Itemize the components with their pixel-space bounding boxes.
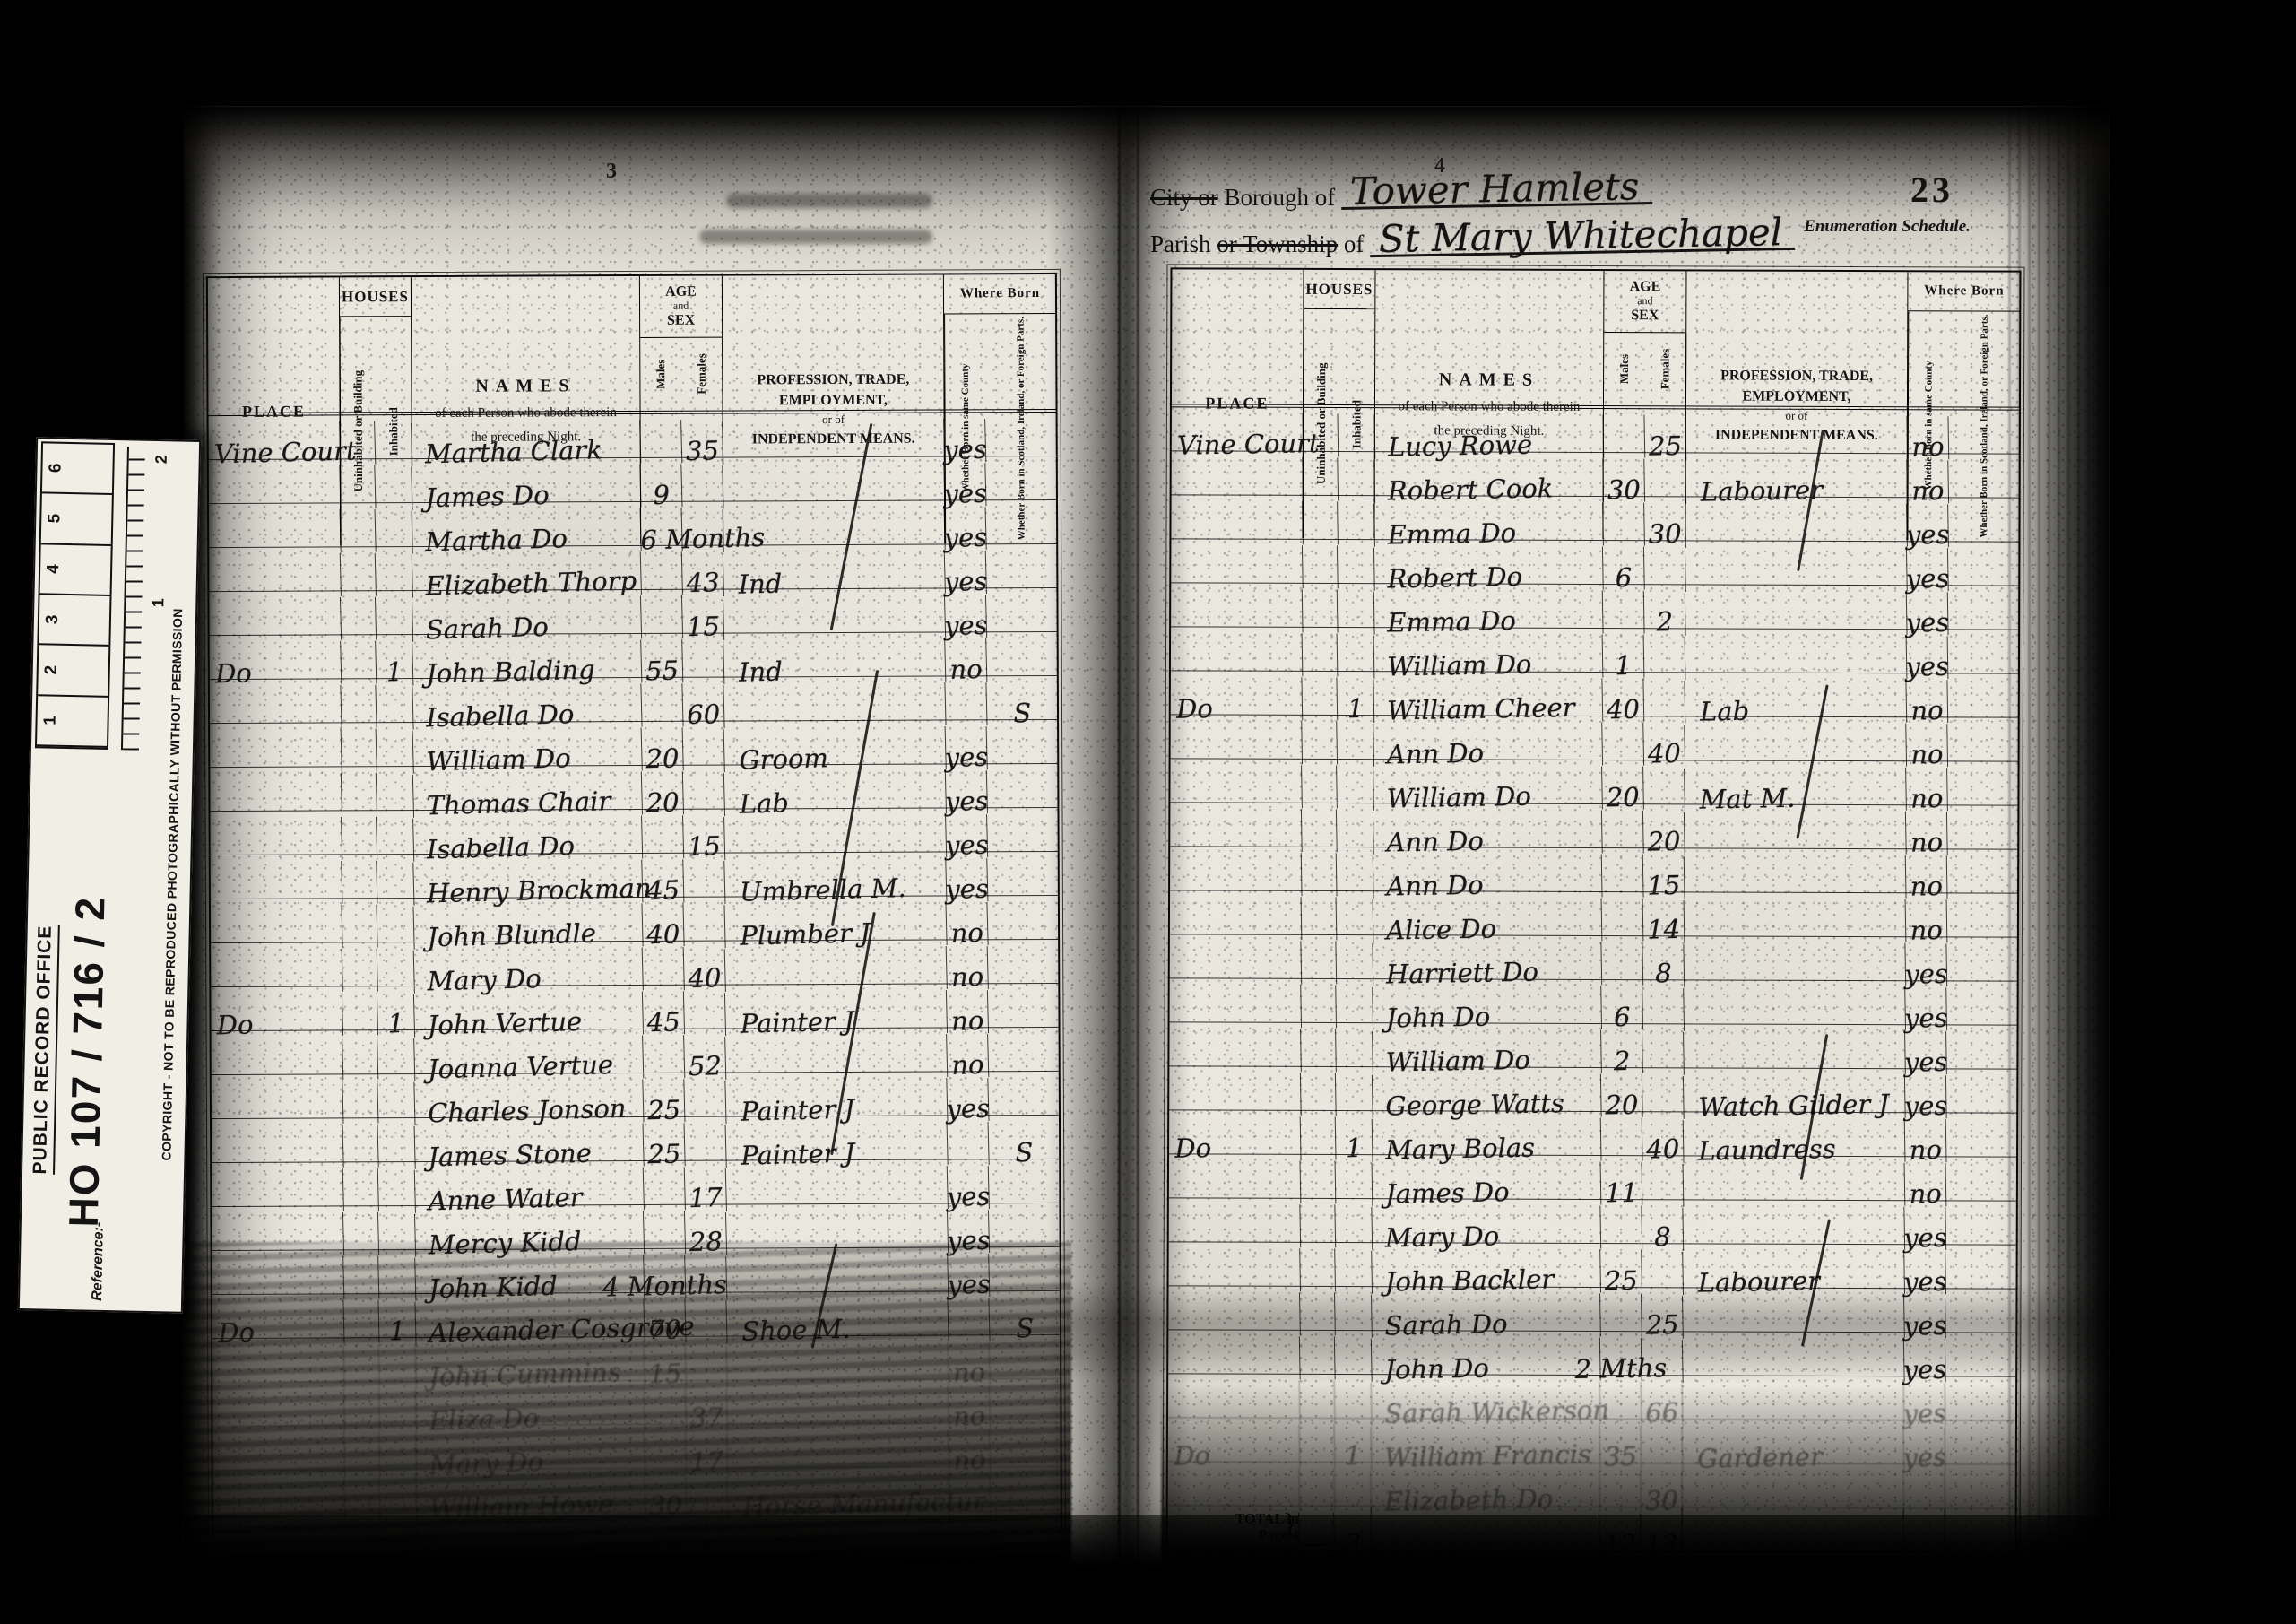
cell-name: James Stone [414,1120,644,1168]
cell-age-male [1601,810,1643,854]
age-line1: AGE [665,283,697,300]
schedule-number: 23 [1883,169,1981,211]
census-row: Ann Do 15 no [1170,847,2017,893]
cell-age-male [1601,898,1643,942]
age-line2: and [673,300,689,313]
cell-born-county: no [944,638,986,682]
cell-name: Ann Do [1373,851,1602,898]
cell-uninhabited [343,1475,379,1519]
cell-born-county: yes [1904,1030,1946,1074]
cell-age-female [684,1254,726,1298]
ruler-cm-number: 5 [41,494,112,546]
cell-born-other [1947,503,2019,547]
census-row: Charles Jonson 25 Painter J yes [212,1072,1059,1119]
cell-born-county [944,682,986,725]
cell-profession: Lab [723,768,946,816]
cell-born-other [986,856,1058,901]
cell-age-female [682,770,724,814]
col-females: Females [681,338,723,411]
cell-place: Do [209,639,341,686]
cell-age-female: 14 [1642,898,1685,942]
cell-place [1171,631,1303,677]
census-row: John Cummins 15 no [212,1335,1060,1383]
cell-profession [722,460,944,508]
cell-profession [1682,1292,1904,1339]
cell-born-other [986,812,1058,857]
cell-name: William Do [412,725,642,773]
cell-uninhabited [1299,1204,1335,1248]
census-row: Henry Brockman 45 Umbrella M. yes [211,852,1058,899]
cell-profession: Labourer [1682,1248,1904,1295]
cell-name: Martha Do [412,505,641,553]
ruler-cm-number: 6 [42,443,113,495]
cell-place [1169,939,1301,985]
cell-profession [723,680,945,728]
table-body-right: Vine Court Lucy Rowe 25 no Robert Cook [1168,407,2019,1508]
cell-profession [1684,721,1906,768]
cell-age-female: 17 [684,1166,726,1210]
census-row: Isabella Do 60 S [210,676,1057,724]
cell-age-female [1642,766,1685,810]
cell-inhabited [1335,1160,1373,1204]
cell-age-female: 52 [683,1034,725,1078]
census-row: Anne Water 17 yes [212,1159,1059,1207]
col-houses: HOUSES [1304,270,1374,309]
census-row: Do 1 Alexander Cosgrove 70 Shoe M. S [212,1291,1060,1339]
cell-profession [1683,985,1905,1031]
cell-inhabited [1336,765,1373,809]
cell-name: John Backler [1371,1246,1600,1293]
cell-name: William Do [1373,631,1603,678]
cell-inhabited [1334,1336,1372,1380]
cell-place [212,1255,343,1301]
cell-born-county [947,1121,989,1165]
cell-age-male: 70 [643,1298,685,1342]
cell-inhabited [377,1211,415,1255]
cell-age-female [1642,1029,1684,1073]
cell-profession [723,504,945,552]
cell-place [209,595,341,642]
cell-profession [1684,897,1906,943]
cell-uninhabited [342,1124,378,1168]
cell-born-other [989,1472,1061,1516]
cell-name: John Blundle [412,900,642,949]
cell-born-county: no [1905,679,1947,723]
census-row: Ann Do 20 no [1170,803,2017,849]
cell-profession [725,1207,948,1255]
cell-profession [1683,1029,1905,1075]
cell-inhabited [1334,1292,1372,1336]
cell-born-other: S [985,681,1057,725]
cell-name: Robert Do [1373,543,1603,590]
cell-inhabited [374,421,412,465]
cell-uninhabited [342,1211,378,1255]
cell-place [1169,1071,1301,1116]
cell-inhabited [1335,985,1373,1029]
cell-age-female [1641,1249,1683,1293]
cell-born-other [1946,855,2018,899]
parish-line: Parish or Township of St Mary Whitechape… [1150,226,1796,258]
cell-uninhabited [341,904,377,948]
census-row: James Stone 25 Painter J S [212,1116,1059,1163]
cell-inhabited [378,1431,416,1475]
census-row: Martha Do 6 Months yes [209,500,1056,548]
cell-born-county: yes [945,725,987,769]
cell-age-female [1642,1073,1684,1117]
census-row: George Watts 20 Watch Gilder J yes [1169,1066,2016,1113]
cell-age-male: 4 Months [643,1254,685,1298]
cell-uninhabited [1301,677,1337,721]
cell-profession [723,592,945,640]
or-township-struck: or Township [1217,230,1338,257]
cell-age-female [1641,1337,1683,1381]
cell-born-county: yes [1906,635,1948,679]
cell-inhabited [375,508,412,552]
cell-place [1168,1290,1300,1336]
census-row: William Do 20 Mat M. no [1170,759,2017,805]
age-line3: SEX [1631,308,1659,324]
cell-age-male [644,1429,686,1473]
cell-inhabited: 1 [375,640,412,684]
cell-age-male [643,1210,685,1254]
cell-age-male [643,1166,685,1210]
col-males: Males [1604,333,1645,405]
cell-age-female: 2 [1643,590,1685,634]
cell-age-male: 2 Mths [1599,1337,1642,1381]
cell-profession: Laundress [1683,1116,1905,1163]
cell-age-female: 6 Months [681,507,723,551]
cell-born-county: yes [1903,1294,1945,1338]
total-females: 4 [685,1517,727,1561]
cell-age-male: 25 [642,1078,684,1122]
cell-age-female: 37 [685,1385,727,1429]
cell-profession [1685,545,1907,592]
cell-uninhabited [342,1299,378,1343]
cell-born-county: yes [1906,591,1948,635]
cell-age-male: 1 [1602,634,1644,678]
cell-age-female: 30 [1640,1469,1682,1513]
age-line1: AGE [1630,279,1661,296]
cell-place [1167,1466,1299,1512]
census-row: Thomas Chair 20 Lab yes [210,764,1057,812]
census-row: Harriett Do 8 yes [1170,934,2017,981]
cell-age-male [640,682,682,726]
ruler-cm-number: 3 [39,595,109,647]
cell-name: Alice Do [1373,895,1602,942]
cell-place: Vine Court [1171,412,1303,457]
cell-born-county: yes [1902,1426,1945,1470]
cell-inhabited [1336,853,1373,897]
census-row: Sarah Wickerson 66 yes [1168,1374,2015,1420]
cell-age-female [682,902,724,946]
cell-age-male: 2 [1600,1029,1642,1073]
census-row: John Blundle 40 Plumber J no [211,896,1058,943]
cell-age-male: 20 [1600,1073,1642,1117]
cell-uninhabited [1299,1248,1335,1292]
cell-inhabited [1333,1468,1371,1512]
cell-profession [1682,1204,1904,1251]
cell-uninhabited [1300,985,1336,1029]
cell-born-county: no [1905,811,1947,855]
cell-age-female: 20 [1642,810,1685,854]
cell-uninhabited [341,728,377,772]
cell-age-male [1600,942,1642,986]
total-females: 13 [1640,1513,1682,1557]
census-row: Emma Do 30 yes [1171,495,2018,542]
cell-born-other [987,1076,1059,1121]
cell-uninhabited [1301,897,1337,941]
cell-inhabited [1337,501,1374,545]
cell-age-female [1643,458,1685,502]
cell-name: Emma Do [1373,499,1603,546]
cell-profession [1683,1160,1905,1207]
cell-born-county: no [1905,767,1947,811]
ruler: 123456 1 2 [35,443,195,751]
cell-born-other [985,637,1057,682]
left-page-number: 3 [606,160,617,184]
ruler-inch-number: 1 [149,598,168,607]
names-title: NAMES [1439,369,1539,390]
cell-profession: Groom [723,724,946,772]
cell-uninhabited [1302,633,1338,677]
cell-age-female [1643,634,1685,678]
cell-uninhabited [341,772,377,816]
cell-profession [1683,941,1905,987]
cell-born-county: yes [1903,1338,1945,1382]
cell-inhabited [1337,545,1374,589]
cell-inhabited [1336,897,1373,941]
cell-born-other [1947,591,2019,635]
census-row: Ann Do 40 no [1171,715,2018,761]
cell-born-county: yes [945,769,987,813]
census-row: Sarah Do 15 yes [209,588,1056,636]
cell-born-county: yes [1904,1074,1946,1118]
cell-name: Mary Do [1371,1203,1600,1249]
cell-born-other [987,1032,1059,1077]
left-total-row: 10 4 [213,1511,1061,1558]
cell-age-female: 15 [681,595,723,638]
cell-age-male [1601,722,1643,766]
cell-name: Emma Do [1373,587,1603,634]
cell-age-female: 43 [681,551,723,595]
cell-name: Mary Do [413,944,643,993]
cell-age-female: 25 [1643,414,1685,458]
census-row: Do 1 John Balding 55 Ind no [210,632,1057,680]
col-males: Males [640,338,681,411]
cell-age-male: 30 [1602,458,1644,502]
cell-place: Do [1170,675,1302,721]
cell-born-county: yes [1903,1382,1945,1426]
cell-born-other [985,593,1057,638]
prof-line2: EMPLOYMENT, [779,392,888,410]
cell-uninhabited [340,684,376,728]
census-row: Robert Do 6 yes [1171,539,2018,586]
cell-age-male: 25 [643,1122,685,1166]
cell-profession: Lab [1684,677,1906,724]
cell-place [1169,1159,1301,1204]
census-row: Sarah Do 25 yes [1168,1286,2015,1333]
cell-age-female [685,1342,727,1385]
census-row: Elizabeth Thorp 43 Ind yes [209,544,1056,592]
cell-place [1171,587,1303,633]
cell-age-male: 35 [1599,1425,1641,1469]
census-scan-spread: 3 4 23 Enumeration Schedule. City or Bor… [0,0,2296,1624]
cell-born-county: yes [943,462,985,506]
cell-age-male: 6 [1600,986,1642,1029]
census-row: Joanna Vertue 52 no [212,1028,1059,1075]
cell-uninhabited [342,948,377,992]
census-row: James Do 11 no [1169,1154,2016,1201]
cell-age-male: 30 [644,1473,686,1517]
cell-profession [724,943,947,992]
census-row: William Do 1 yes [1171,627,2018,673]
cell-profession: Mat M. [1684,765,1906,812]
cell-born-other [1947,635,2019,679]
cell-born-county: yes [944,594,986,638]
cell-place [1168,1334,1300,1380]
cell-age-female: 66 [1641,1381,1683,1425]
cell-age-female [684,1298,726,1342]
col-houses: HOUSES [340,277,411,317]
cell-place [1171,543,1303,589]
cell-uninhabited [1302,457,1338,501]
prof-line2: EMPLOYMENT, [1742,388,1850,406]
ruler-cm-number: 2 [38,646,108,698]
cell-inhabited [377,1124,415,1168]
cell-age-male [1599,1205,1642,1249]
cell-inhabited [377,948,414,992]
cell-name: John Vertue [413,988,643,1037]
cell-name: Robert Cook [1373,456,1603,502]
census-row: William Howe 30 Horse Manufactur [213,1467,1061,1515]
cell-born-county: no [946,989,988,1033]
cell-profession: Umbrella M. [723,855,946,904]
cell-uninhabited [340,596,376,640]
cell-inhabited [377,1255,415,1299]
cell-age-male [642,1034,684,1078]
census-row: Elizabeth Do 30 [1168,1462,2015,1508]
cell-age-male [642,946,684,990]
cell-profession [724,1031,947,1080]
cell-age-male: 15 [644,1342,686,1385]
cell-age-male: 20 [641,770,683,814]
cell-uninhabited [1302,501,1338,545]
of-label: of [1344,230,1365,257]
cell-age-male: 9 [639,463,681,507]
census-row: John Kidd 4 Months yes [212,1247,1060,1295]
cell-born-other [1944,1470,2015,1514]
age-line3: SEX [667,313,695,330]
cell-age-male: 20 [1601,766,1643,810]
cell-place [1169,1027,1301,1073]
cell-age-female: 40 [683,946,725,990]
cell-born-other [985,505,1057,550]
cell-name: William Cheer [1373,675,1602,722]
cell-profession: Painter J [724,987,947,1036]
cell-born-other [1947,415,2019,459]
cell-born-other: S [988,1296,1060,1341]
cell-uninhabited [1302,545,1338,589]
cell-uninhabited [1299,1380,1335,1424]
cell-born-county: yes [945,857,987,901]
cell-age-male: 55 [640,638,682,682]
cell-inhabited [376,772,413,816]
cell-inhabited [375,552,412,596]
ruler-inch-scale: 1 2 [121,447,194,751]
ruler-inch-number: 2 [152,455,171,464]
cell-born-other [987,988,1059,1033]
cell-age-male [1600,1117,1642,1161]
cell-age-female [681,638,723,682]
cell-born-other [1945,1206,2016,1250]
cell-profession: Painter J [724,1075,947,1124]
cell-place [1170,719,1302,765]
cell-born-county: no [1906,459,1948,503]
ruler-cm-number: 4 [40,544,111,596]
cell-born-county: no [1905,723,1947,767]
cell-uninhabited [1302,413,1338,457]
census-row: Mercy Kidd 28 yes [212,1203,1059,1251]
cell-born-county: yes [947,1209,989,1253]
cell-inhabited [374,465,412,508]
cell-uninhabited [342,1036,377,1080]
cell-uninhabited [1300,1160,1336,1204]
cell-place [1171,456,1303,501]
cell-age-female [682,858,724,902]
cell-born-other [1945,1074,2017,1118]
cell-age-male: 40 [1601,678,1643,722]
cell-name: Ann Do [1373,807,1602,854]
cell-inhabited [1335,941,1373,985]
cell-age-female: 40 [1642,1117,1684,1161]
cell-place [212,1167,343,1213]
census-table-left: PLACE HOUSES Uninhabited or Building Inh… [206,273,1062,1559]
cell-uninhabited [1299,1336,1335,1380]
cell-name: James Do [411,461,640,509]
cell-born-county: no [1904,1118,1946,1162]
cell-inhabited [375,684,412,728]
cell-inhabited [377,1036,414,1080]
cell-place [1171,499,1303,545]
cell-place [209,508,341,554]
cell-age-male [644,1385,686,1429]
cell-age-male: 25 [1599,1249,1642,1293]
cell-place [209,683,341,730]
cell-name: Lucy Rowe [1373,412,1603,458]
cell-born-other [1945,1294,2016,1338]
pro-office-title: PUBLIC RECORD OFFICE [30,925,60,1174]
cell-born-other [984,461,1056,506]
cell-age-female [682,726,724,770]
cell-uninhabited [1299,1292,1335,1336]
cell-name: Elizabeth Thorp [412,549,641,597]
census-row: Robert Cook 30 Labourer no [1172,451,2019,498]
census-row: John Do 2 Mths yes [1168,1330,2015,1376]
cell-uninhabited [342,992,377,1036]
cell-uninhabited [1301,765,1337,809]
right-total-row: TOTAL in Page 4 } — 3 12 13 [1168,1506,2015,1551]
cell-place [1168,1246,1300,1292]
cell-age-male: 20 [641,726,683,770]
cell-profession: Labourer [1685,457,1907,504]
cell-born-county [1902,1470,1945,1514]
cell-uninhabited [1302,589,1338,633]
cell-inhabited [378,1475,416,1519]
total-males: 10 [644,1517,686,1561]
cell-born-county: yes [944,506,986,550]
census-row: William Do 20 Groom yes [210,720,1057,768]
cell-born-county: yes [1904,942,1946,986]
